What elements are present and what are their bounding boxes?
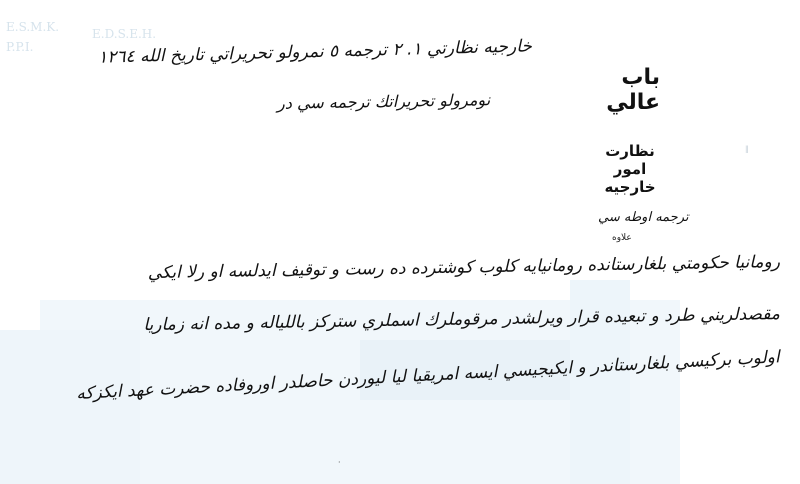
ghost-stamp-text: P.P.I. — [6, 40, 33, 54]
ghost-stamp-text: E.S.M.K. — [6, 20, 59, 34]
ink-speck: · — [338, 458, 341, 467]
document-page: E.S.M.K. E.D.S.E.H. P.P.I. خارجيه نظارتي… — [0, 0, 800, 484]
body-line-1: رومانيا حكومتي بلغارستانده رومانيايه كلو… — [100, 252, 780, 284]
bureau-sub-label: علاوه — [612, 233, 632, 243]
ministry-name: نظارت امور خارجيه — [590, 142, 670, 196]
ghost-stamp-text: E.D.S.E.H. — [92, 27, 156, 41]
paper-tint — [0, 330, 140, 484]
official-seal: باب عالي نظارت امور خارجيه — [590, 60, 670, 180]
header-line-1: خارجيه نظارتي ١. ٢ ترجمه ٥ نمرولو تحريرا… — [102, 36, 532, 67]
sublime-porte-emblem: باب عالي — [605, 60, 660, 120]
translation-bureau-label: ترجمه اوطه سي — [598, 210, 689, 225]
header-line-2: نومرولو تحريراتك ترجمه سي در — [277, 90, 491, 113]
margin-mark: ‖ — [745, 145, 749, 153]
